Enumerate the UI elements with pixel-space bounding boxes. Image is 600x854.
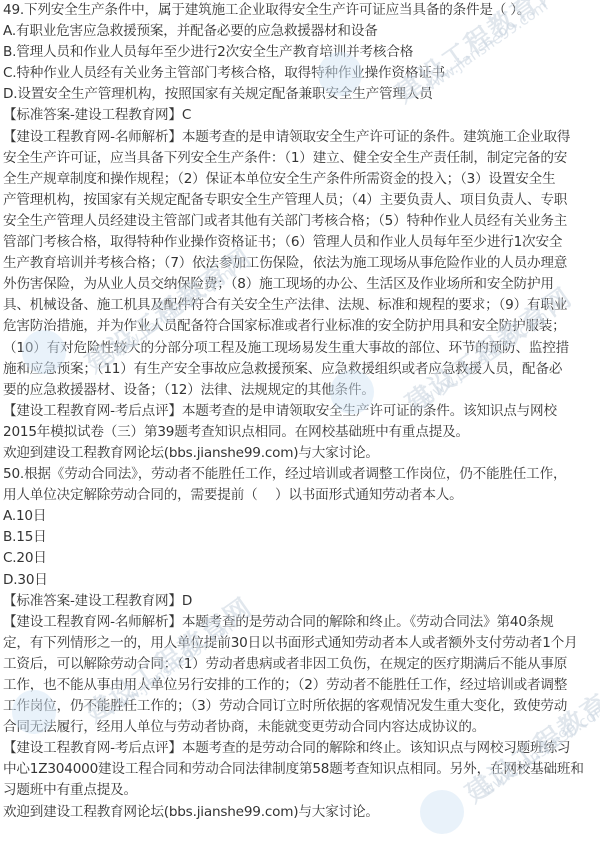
q49-analysis-line: 具、机械设备、施工机具及配件符合有关安全生产法律、法规、标准和规程的要求；（9）…: [3, 295, 600, 316]
q50-review-line: 中心1Z304000建设工程合同和劳动合同法律制度第58题考查知识点相同。另外，…: [3, 759, 600, 780]
q49-analysis-line: 施和应急预案；（11）有生产安全事故应急救援预案、应急救援组织或者应急救援人员，…: [3, 359, 600, 380]
q50-analysis-line: 【建设工程教育网-名师解析】本题考查的是劳动合同的解除和终止。《劳动合同法》第4…: [3, 612, 600, 633]
q49-analysis-line: 外伤害保险，为从业人员交纳保险费；（8）施工现场的办公、生活区及作业场所和安全防…: [3, 274, 600, 295]
q49-analysis-line: 要的应急救援器材、设备；（12）法律、法规规定的其他条件。: [3, 380, 600, 401]
q50-analysis-line: 工作，也不能从事由用人单位另行安排的工作的；（2）劳动者不能胜任工作，经过培训或…: [3, 675, 600, 696]
watermark-logo-icon: [330, 370, 374, 414]
q50-review-line: 习题班中有重点提及。: [3, 780, 600, 801]
q49-analysis-line: 全生产规章制度和操作规程；（2）保证本单位安全生产条件所需资金的投入；（3）设置…: [3, 169, 600, 190]
q50-option-c: C.20日: [3, 548, 600, 569]
q49-analysis-line: 【建设工程教育网-名师解析】本题考查的是申请领取安全生产许可证的条件。建筑施工企…: [3, 127, 600, 148]
q49-analysis-line: 安全生产许可证，应当具备下列安全生产条件：（1）建立、健全安全生产责任制，制定完…: [3, 148, 600, 169]
q50-analysis-line: 合同无法履行，经用人单位与劳动者协商，未能就变更劳动合同内容达成协议的。: [3, 717, 600, 738]
watermark-logo-icon: [12, 690, 56, 734]
question-50-stem: 用人单位决定解除劳动合同的，需要提前（ ）以书面形式通知劳动者本人。: [3, 485, 600, 506]
q49-option-b: B.管理人员和作业人员每年至少进行2次安全生产教育培训并考核合格: [3, 42, 600, 63]
watermark-logo-icon: [420, 790, 464, 834]
q49-review-line: 2015年模拟试卷（三）第39题考查知识点相同。在网校基础班中有重点提及。: [3, 422, 600, 443]
q50-review-line: 【建设工程教育网-考后点评】本题考查的是劳动合同的解除和终止。该知识点与网校习题…: [3, 738, 600, 759]
watermark-logo-icon: [22, 330, 66, 374]
q50-analysis-line: 工资后，可以解除劳动合同：（1）劳动者患病或者非因工负伤，在规定的医疗期满后不能…: [3, 654, 600, 675]
q49-option-a: A.有职业危害应急救援预案，并配备必要的应急救援器材和设备: [3, 21, 600, 42]
q50-answer: 【标准答案-建设工程教育网】D: [3, 591, 600, 612]
q49-option-c: C.特种作业人员经有关业务主管部门考核合格，取得特种作业操作资格证书: [3, 63, 600, 84]
watermark-logo-icon: [318, 52, 362, 96]
document-body: 49.下列安全生产条件中，属于建筑施工企业取得安全生产许可证应当具备的条件是（ …: [3, 0, 600, 823]
q49-analysis-line: （10）有对危险性较大的分部分项工程及施工现场易发生重大事故的部位、环节的预防、…: [3, 338, 600, 359]
q50-option-a: A.10日: [3, 506, 600, 527]
q50-option-b: B.15日: [3, 527, 600, 548]
q49-analysis-line: 安全生产管理人员经建设主管部门或者其他有关部门考核合格；（5）特种作业人员经有关…: [3, 211, 600, 232]
q49-analysis-line: 管部门考核合格，取得特种作业操作资格证书；（6）管理人员和作业人员每年至少进行1…: [3, 232, 600, 253]
q49-review-line: 【建设工程教育网-考后点评】本题考查的是申请领取安全生产许可证的条件。该知识点与…: [3, 401, 600, 422]
q49-option-d: D.设置安全生产管理机构，按照国家有关规定配备兼职安全生产管理人员: [3, 84, 600, 105]
q49-analysis-line: 产管理机构，按国家有关规定配备专职安全生产管理人员；（4）主要负责人、项目负责人…: [3, 190, 600, 211]
q50-option-d: D.30日: [3, 570, 600, 591]
q49-forum-link-text: 欢迎到建设工程教育网论坛(bbs.jianshe99.com)与大家讨论。: [3, 443, 600, 464]
q50-analysis-line: 工作岗位，仍不能胜任工作的；（3）劳动合同订立时所依据的客观情况发生重大变化，致…: [3, 696, 600, 717]
q49-analysis-line: 生产教育培训并考核合格；（7）依法参加工伤保险，依法为施工现场从事危险作业的人员…: [3, 253, 600, 274]
q50-forum-link-text: 欢迎到建设工程教育网论坛(bbs.jianshe99.com)与大家讨论。: [3, 802, 600, 823]
q50-analysis-line: 定，有下列情形之一的，用人单位提前30日以书面形式通知劳动者本人或者额外支付劳动…: [3, 633, 600, 654]
q49-answer: 【标准答案-建设工程教育网】C: [3, 105, 600, 126]
question-50-stem: 50.根据《劳动合同法》，劳动者不能胜任工作，经过培训或者调整工作岗位，仍不能胜…: [3, 464, 600, 485]
question-49-stem: 49.下列安全生产条件中，属于建筑施工企业取得安全生产许可证应当具备的条件是（ …: [3, 0, 600, 21]
q49-analysis-line: 危害防治措施，并为作业人员配备符合国家标准或者行业标准的安全防护用具和安全防护服…: [3, 316, 600, 337]
